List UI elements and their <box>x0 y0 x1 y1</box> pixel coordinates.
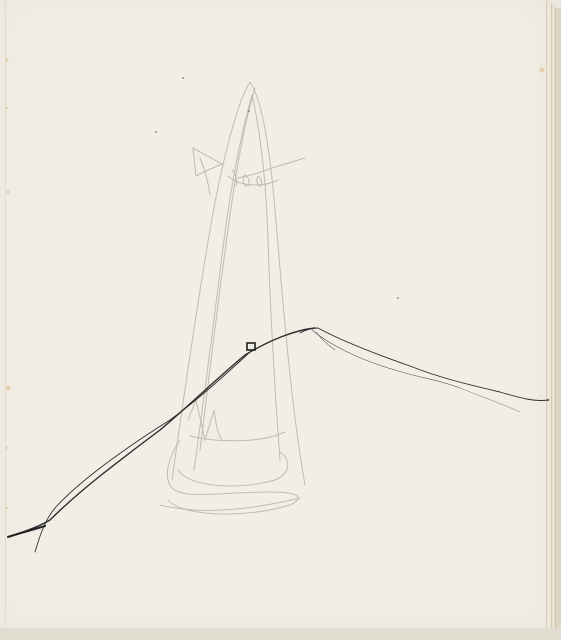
small-square-mark <box>247 343 255 350</box>
drawing <box>0 0 561 640</box>
hill-line <box>8 328 548 552</box>
foxing-spots <box>6 59 545 510</box>
hooded-figure-sketch <box>160 82 305 514</box>
stray-marks <box>155 77 549 401</box>
